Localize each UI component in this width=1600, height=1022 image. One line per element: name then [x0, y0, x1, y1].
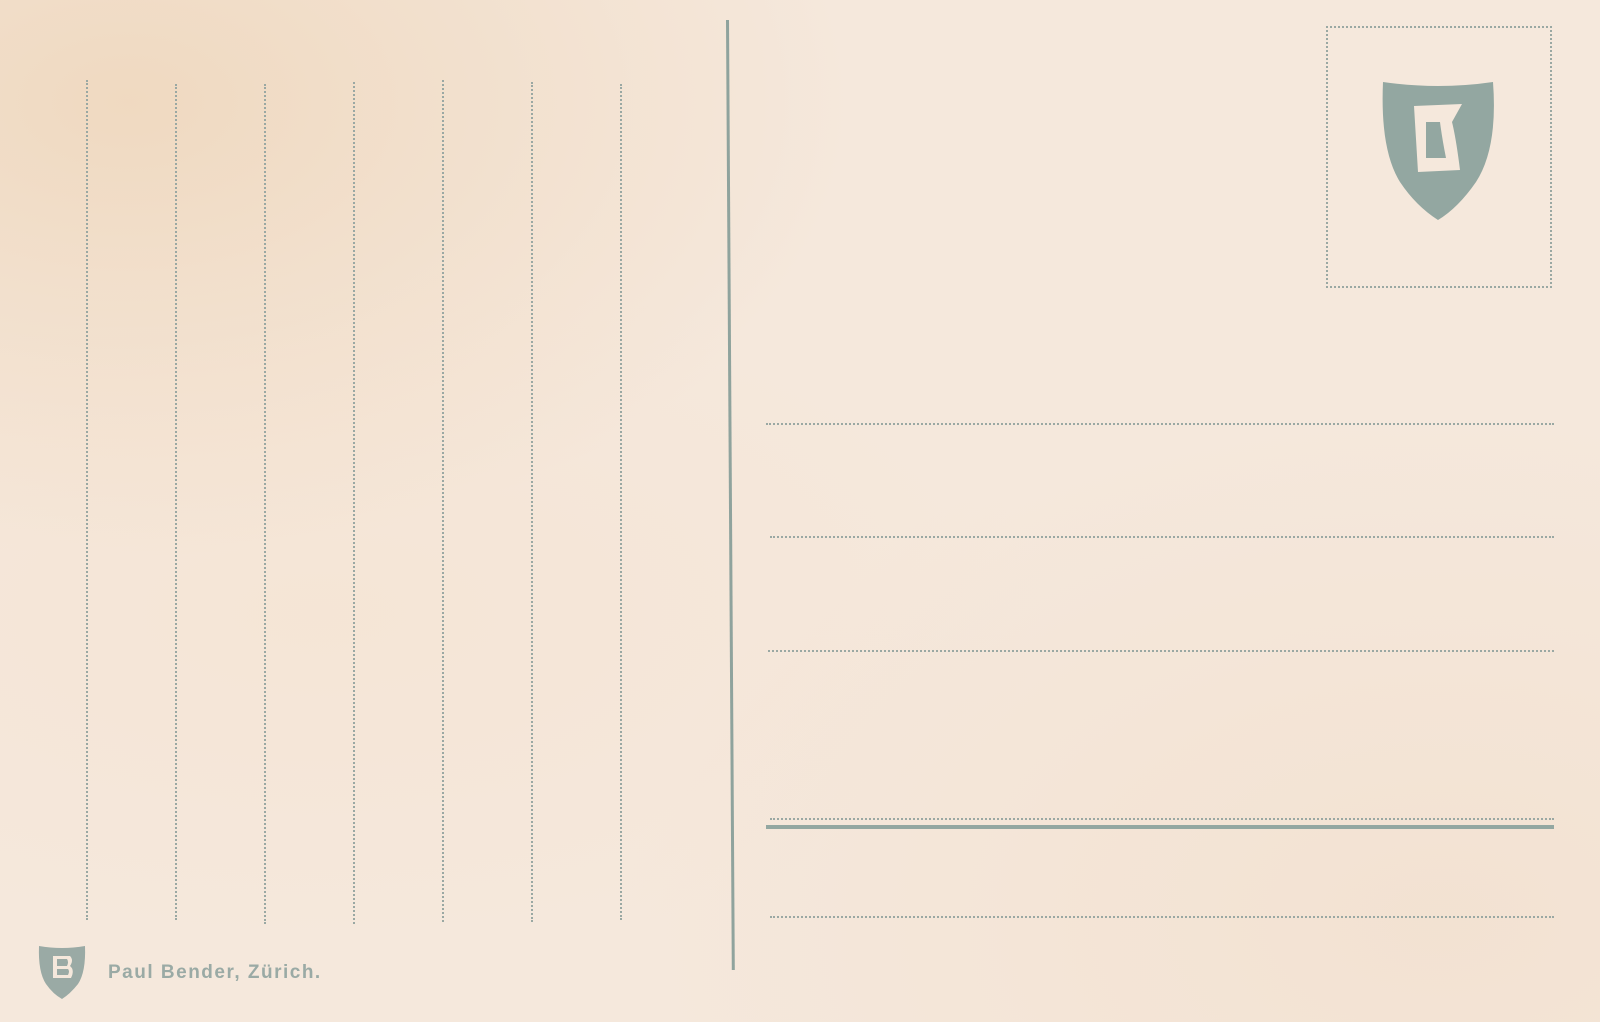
message-column-line [531, 82, 533, 922]
publisher-shield-logo-icon [1380, 78, 1496, 222]
address-line [770, 536, 1554, 538]
address-solid-line [766, 825, 1554, 829]
address-line [770, 916, 1554, 918]
center-divider [726, 20, 735, 970]
publisher-small-shield-icon [38, 944, 86, 1000]
publisher-imprint: Paul Bender, Zürich. [108, 962, 322, 984]
address-line [766, 423, 1554, 425]
message-column-line [86, 80, 88, 920]
address-line [768, 650, 1554, 652]
postcard-back: Paul Bender, Zürich. [0, 0, 1600, 1022]
message-column-line [264, 84, 266, 924]
message-column-line [353, 82, 355, 924]
address-line [770, 818, 1554, 820]
message-column-line [442, 80, 444, 922]
message-column-line [620, 84, 622, 920]
message-column-line [175, 84, 177, 920]
